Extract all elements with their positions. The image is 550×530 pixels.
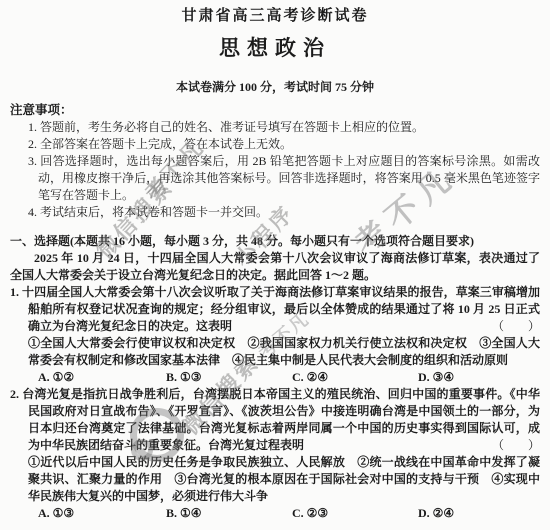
paper-title: 甘肃省高三高考诊断试卷: [10, 6, 540, 26]
notice-text: 全部答案在答题卡上完成，答在本试卷上无效。: [40, 137, 292, 151]
question-stem-text: 十四届全国人大常委会第十八次会议听取了关于海商法修订草案审议结果的报告，草案三审…: [22, 285, 540, 333]
question-stem-text: 台湾光复是指抗日战争胜利后，台湾摆脱日本帝国主义的殖民统治、回归中国的重要事件。…: [22, 387, 540, 452]
notice-item: 1. 答题前，考生务必将自己的姓名、准考证号填写在答题卡上相应的位置。: [10, 119, 540, 136]
notices-heading: 注意事项：: [10, 102, 540, 119]
option-c: C. ②③: [292, 505, 418, 522]
question-1-stem: 1. 十四届全国人大常委会第十八次会议听取了关于海商法修订草案审议结果的报告，草…: [10, 284, 540, 335]
section-heading: 一、选择题(本题共 16 小题，每小题 3 分，共 48 分。每小题只有一个选项…: [10, 233, 540, 250]
notice-number: 1.: [28, 120, 37, 134]
notice-item: 3. 回答选择题时，选出每小题答案后，用 2B 铅笔把答题卡上对应题目的答案标号…: [10, 153, 540, 204]
answer-bracket: （ ）: [510, 437, 540, 454]
notice-number: 4.: [28, 205, 37, 219]
question-1-statements: ①全国人大常委会行使审议权和决定权 ②我国国家权力机关行使立法权和决定权 ③全国…: [10, 335, 540, 369]
exam-paper-content: 甘肃省高三高考诊断试卷 思想政治 本试卷满分 100 分，考试时间 75 分钟 …: [10, 6, 540, 522]
answer-bracket: （ ）: [510, 318, 540, 335]
option-a: A. ①②: [38, 369, 166, 386]
notice-number: 3.: [28, 154, 37, 168]
section-intro: 2025 年 10 月 24 日，十四届全国人大常委会第十八次会议审议了海商法修…: [10, 250, 540, 284]
notice-text: 考试结束后，将本试卷和答题卡一并交回。: [40, 205, 268, 219]
exam-paper-page: 甘肃省高三高考诊断试卷 思想政治 本试卷满分 100 分，考试时间 75 分钟 …: [0, 0, 550, 530]
exam-info: 本试卷满分 100 分，考试时间 75 分钟: [10, 80, 540, 94]
question-number: 1.: [10, 285, 19, 299]
question-2-stem: 2. 台湾光复是指抗日战争胜利后，台湾摆脱日本帝国主义的殖民统治、回归中国的重要…: [10, 386, 540, 454]
option-b: B. ①③: [166, 369, 292, 386]
notice-item: 4. 考试结束后，将本试卷和答题卡一并交回。: [10, 204, 540, 221]
question-number: 2.: [10, 387, 19, 401]
question-1-options: A. ①② B. ①③ C. ②④ D. ③④: [10, 369, 540, 386]
notice-text: 回答选择题时，选出每小题答案后，用 2B 铅笔把答题卡上对应题目的答案标号涂黑。…: [38, 154, 540, 202]
notices-block: 注意事项： 1. 答题前，考生务必将自己的姓名、准考证号填写在答题卡上相应的位置…: [10, 102, 540, 221]
question-2: 2. 台湾光复是指抗日战争胜利后，台湾摆脱日本帝国主义的殖民统治、回归中国的重要…: [10, 386, 540, 522]
option-c: C. ②④: [292, 369, 418, 386]
option-d: D. ②④: [418, 505, 540, 522]
paper-subject: 思想政治: [10, 36, 540, 60]
notice-number: 2.: [28, 137, 37, 151]
question-2-options: A. ①③ B. ①④ C. ②③ D. ②④: [10, 505, 540, 522]
notice-item: 2. 全部答案在答题卡上完成，答在本试卷上无效。: [10, 136, 540, 153]
option-a: A. ①③: [38, 505, 166, 522]
question-1: 1. 十四届全国人大常委会第十八次会议听取了关于海商法修订草案审议结果的报告，草…: [10, 284, 540, 386]
notice-text: 答题前，考生务必将自己的姓名、准考证号填写在答题卡上相应的位置。: [40, 120, 424, 134]
option-d: D. ③④: [418, 369, 540, 386]
question-2-statements: ①近代以后中国人民的历史任务是争取民族独立、人民解放 ②统一战线在中国革命中发挥…: [10, 454, 540, 505]
option-b: B. ①④: [166, 505, 292, 522]
